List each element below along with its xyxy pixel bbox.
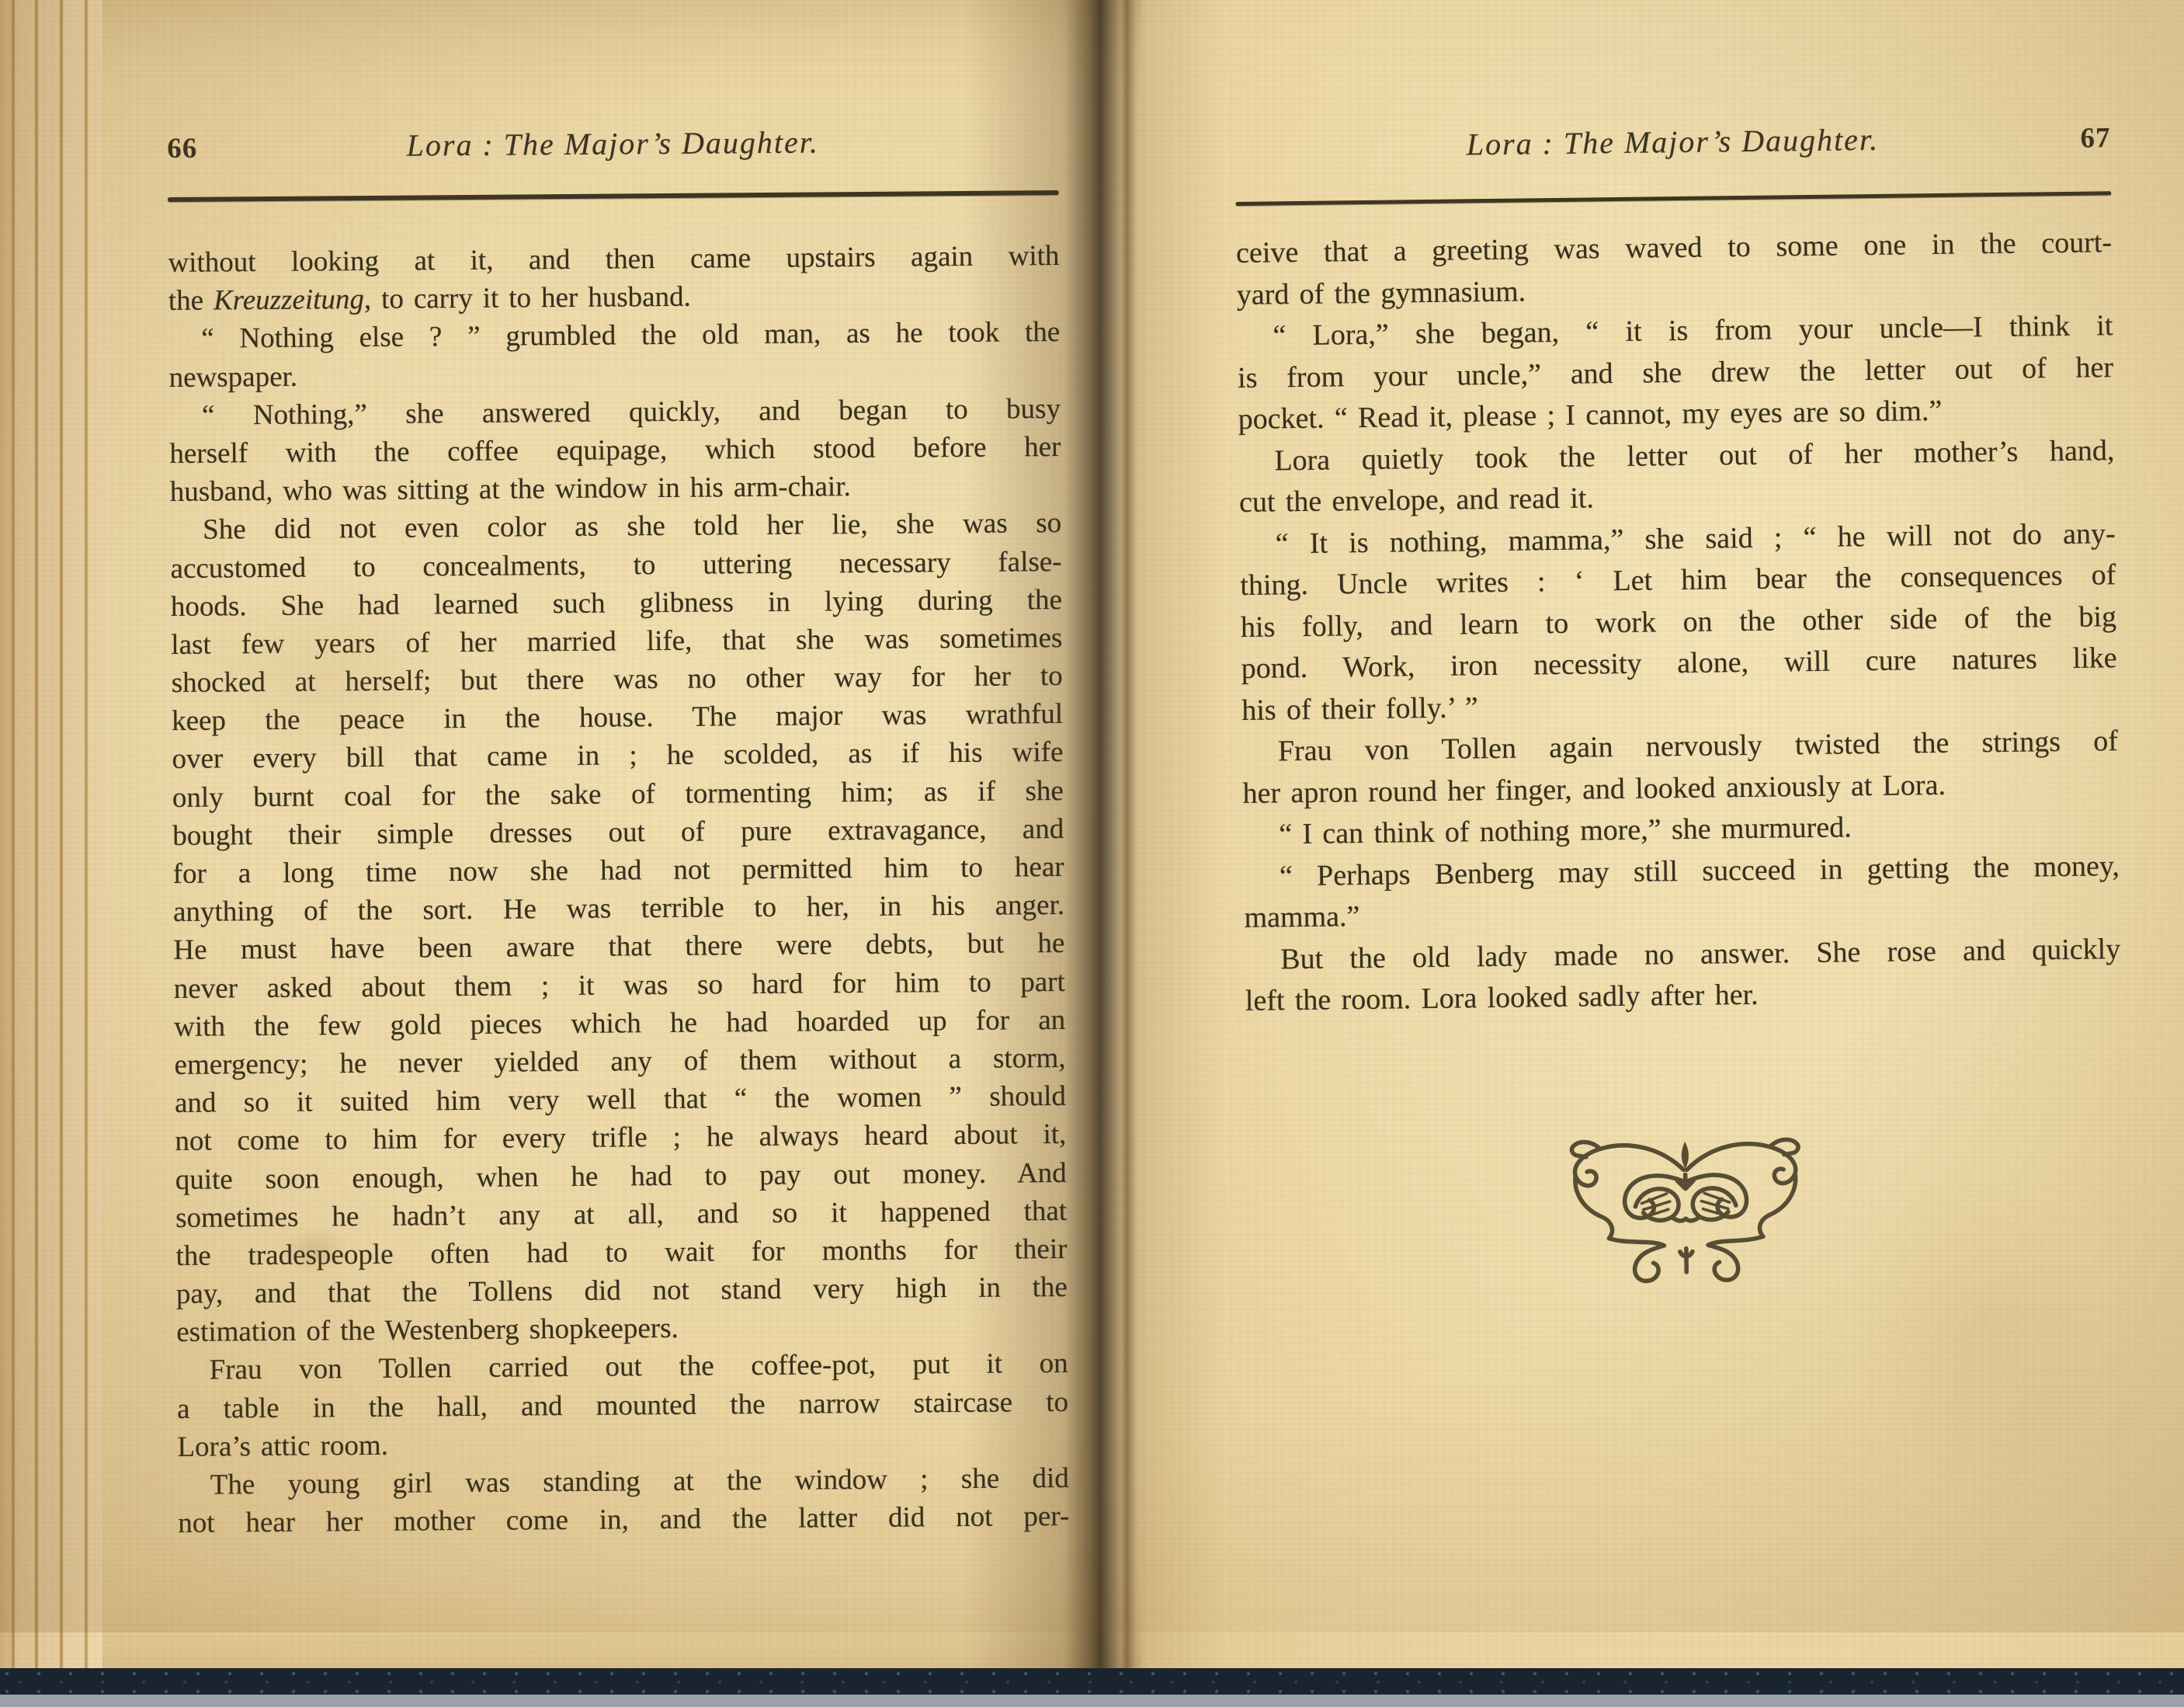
text-line: She did not even color as she told her l… <box>170 504 1061 549</box>
left-page-header: 66 Lora : The Major’s Daughter. <box>167 122 1058 172</box>
text-line: the tradespeople often had to wait for m… <box>175 1230 1067 1275</box>
text-line: anything of the sort. He was terrible to… <box>173 886 1064 931</box>
book-cover-edge <box>0 1668 2184 1695</box>
right-page-content: Lora : The Major’s Daughter. 67 ceive th… <box>1234 106 2127 1468</box>
text-line: not come to him for every trifle ; he al… <box>175 1115 1066 1160</box>
text-line: shocked at herself; but there was no oth… <box>172 657 1063 702</box>
text-line: with the few gold pieces which he had ho… <box>174 1001 1065 1046</box>
text-line: the Kreuzzeitung, to carry it to her hus… <box>168 275 1060 320</box>
text-line: Frau von Tollen carried out the coffee-p… <box>176 1344 1068 1389</box>
text-line: a table in the hall, and mounted the nar… <box>177 1383 1068 1428</box>
text-line: “ Nothing,” she answered quickly, and be… <box>169 390 1061 435</box>
text-line: Lora’s attic room. <box>177 1421 1068 1466</box>
text-line: only burnt coal for the sake of tormenti… <box>172 772 1064 817</box>
text-line: pay, and that the Tollens did not stand … <box>176 1268 1068 1313</box>
page-edges-stack <box>0 0 102 1670</box>
text-line: last few years of her married life, that… <box>171 619 1062 664</box>
text-line: newspaper. <box>168 352 1060 397</box>
text-line: hoods. She had learned such glibness in … <box>171 581 1062 626</box>
text-line: The young girl was standing at the windo… <box>178 1459 1069 1504</box>
text-line: emergency; he never yielded any of them … <box>174 1039 1065 1084</box>
text-line: without looking at it, and then came ups… <box>168 237 1059 282</box>
right-page-body: ceive that a greeting was waved to some … <box>1236 222 2121 1022</box>
right-page-header: Lora : The Major’s Daughter. 67 <box>1234 118 2111 172</box>
text-line: keep the peace in the house. The major w… <box>172 695 1063 740</box>
running-title: Lora : The Major’s Daughter. <box>1320 120 2026 165</box>
text-line: bought their simple dresses out of pure … <box>172 810 1064 855</box>
text-line: He must have been aware that there were … <box>173 924 1064 969</box>
header-spacer <box>1235 157 1321 158</box>
open-book: 66 Lora : The Major’s Daughter. without … <box>0 0 2184 1670</box>
text-line: not hear her mother come in, and the lat… <box>178 1497 1069 1542</box>
text-line: quite soon enough, when he had to pay ou… <box>175 1153 1067 1198</box>
text-line: accustomed to concealments, to uttering … <box>170 542 1061 587</box>
text-line: “ Nothing else ? ” grumbled the old man,… <box>168 313 1060 358</box>
tailpiece-ornament-icon <box>1551 1132 1820 1293</box>
left-page-content: 66 Lora : The Major’s Daughter. without … <box>167 110 1070 1608</box>
header-rule <box>168 190 1059 202</box>
left-page-body: without looking at it, and then came ups… <box>168 237 1069 1542</box>
text-line: never asked about them ; it was so hard … <box>174 963 1065 1008</box>
text-line: and so it suited him very well that “ th… <box>175 1077 1066 1122</box>
page-number: 66 <box>167 131 252 165</box>
page-number: 67 <box>2025 121 2111 155</box>
header-rule <box>1235 191 2111 206</box>
book-scan: { "book": { "left_page": { "page_number"… <box>0 0 2184 1707</box>
text-line: for a long time now she had not permitte… <box>172 848 1064 893</box>
text-line: husband, who was sitting at the window i… <box>170 466 1061 511</box>
text-line: sometimes he hadn’t any at all, and so i… <box>175 1192 1067 1237</box>
running-title: Lora : The Major’s Daughter. <box>252 123 973 165</box>
header-spacer <box>973 151 1058 151</box>
text-line: estimation of the Westenberg shopkeepers… <box>176 1306 1068 1351</box>
text-line: over every bill that came in ; he scolde… <box>172 733 1063 778</box>
text-line: herself with the coffee equipage, which … <box>169 428 1061 473</box>
scanner-background <box>0 1695 2184 1707</box>
